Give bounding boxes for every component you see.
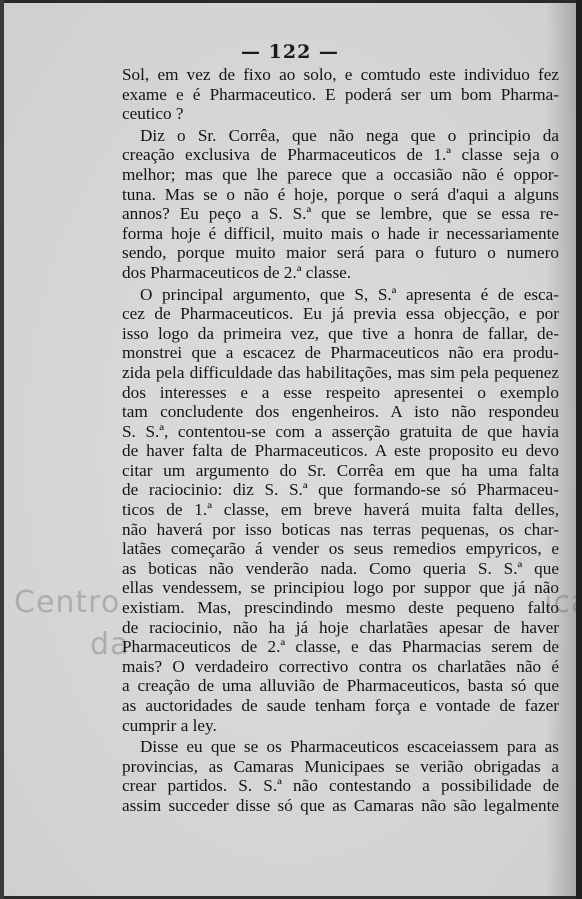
text-line: creação exclusiva de Pharmaceuticos de 1… bbox=[122, 145, 559, 165]
watermark-text: ica bbox=[544, 585, 576, 620]
text-line: ellas vendessem, se principiou logo por … bbox=[122, 578, 559, 598]
text-line: crear partidos. S. S.ª não contestando a… bbox=[122, 776, 559, 796]
scan-right-edge bbox=[576, 0, 582, 899]
text-line: monstrei que a escacez de Pharmaceuticos… bbox=[122, 343, 559, 363]
text-line: cez de Pharmaceuticos. Eu já previa essa… bbox=[122, 304, 559, 324]
paragraph: Disse eu que se os Pharmaceuticos escace… bbox=[122, 737, 559, 815]
text-line: provincias, as Camaras Municipaes se ver… bbox=[122, 757, 559, 777]
text-line: Pharmaceuticos de 2.ª classe, e das Phar… bbox=[122, 637, 559, 657]
text-line: zida pela difficuldade das habilitações,… bbox=[122, 363, 559, 383]
text-line: S. S.ª, contentou-se com a asserção grat… bbox=[122, 422, 559, 442]
page-number: — 122 — bbox=[4, 41, 576, 63]
text-line: de raciocinio, não ha já hoje charlatães… bbox=[122, 618, 559, 638]
text-line: Diz o Sr. Corrêa, que não nega que o pri… bbox=[122, 126, 559, 146]
text-line: Disse eu que se os Pharmaceuticos escace… bbox=[122, 737, 559, 757]
text-line: dos Pharmaceuticos de 2.ª classe. bbox=[122, 263, 559, 283]
text-line: assim succeder disse só que as Camaras n… bbox=[122, 796, 559, 816]
text-line: citar um argumento do Sr. Corrêa em que … bbox=[122, 461, 559, 481]
paragraph: O principal argumento, que S, S.ª aprese… bbox=[122, 285, 559, 736]
text-line: exame e é Pharmaceutico. E poderá ser um… bbox=[122, 85, 559, 105]
scanned-page: Centro da ica — 122 — Sol, em vez de fix… bbox=[4, 3, 576, 896]
body-text: Sol, em vez de fixo ao solo, e comtudo e… bbox=[122, 65, 559, 816]
text-line: não haverá por isso boticas nas terras p… bbox=[122, 520, 559, 540]
text-line: mais? O verdadeiro correctivo contra os … bbox=[122, 657, 559, 677]
text-line: O principal argumento, que S, S.ª aprese… bbox=[122, 285, 559, 305]
text-line: melhor; mas que lhe parece que a occasiã… bbox=[122, 165, 559, 185]
text-line: sendo, porque muito maior será para o fu… bbox=[122, 243, 559, 263]
text-line: forma hoje é difficil, muito mais o hade… bbox=[122, 224, 559, 244]
text-line: isso logo da primeira vez, que tive a ho… bbox=[122, 324, 559, 344]
text-line: de haver falta de Pharmaceuticos. A este… bbox=[122, 441, 559, 461]
text-line: as auctoridades de saude tenham força e … bbox=[122, 696, 559, 716]
text-line: latães começarão á vender os seus remedi… bbox=[122, 539, 559, 559]
text-line: existiam. Mas, prescindindo mesmo deste … bbox=[122, 598, 559, 618]
text-line: Sol, em vez de fixo ao solo, e comtudo e… bbox=[122, 65, 559, 85]
text-line: annos? Eu peço a S. S.ª que se lembre, q… bbox=[122, 204, 559, 224]
text-line: de raciocinio: diz S. S.ª que formando-s… bbox=[122, 480, 559, 500]
paragraph: Sol, em vez de fixo ao solo, e comtudo e… bbox=[122, 65, 559, 124]
text-line: dos interesses e a esse respeito apresen… bbox=[122, 383, 559, 403]
text-line: tam concludente dos engenheiros. A isto … bbox=[122, 402, 559, 422]
paragraph: Diz o Sr. Corrêa, que não nega que o pri… bbox=[122, 126, 559, 283]
text-line: cumprir a ley. bbox=[122, 716, 559, 736]
text-line: ticos de 1.ª classe, em breve haverá mui… bbox=[122, 500, 559, 520]
text-line: as boticas não venderão nada. Como queri… bbox=[122, 559, 559, 579]
text-line: tuna. Mas se o não é hoje, porque o será… bbox=[122, 185, 559, 205]
watermark-text: Centro bbox=[14, 585, 120, 620]
text-line: ceutico ? bbox=[122, 104, 559, 124]
text-line: a creação de uma alluvião de Pharmaceuti… bbox=[122, 676, 559, 696]
